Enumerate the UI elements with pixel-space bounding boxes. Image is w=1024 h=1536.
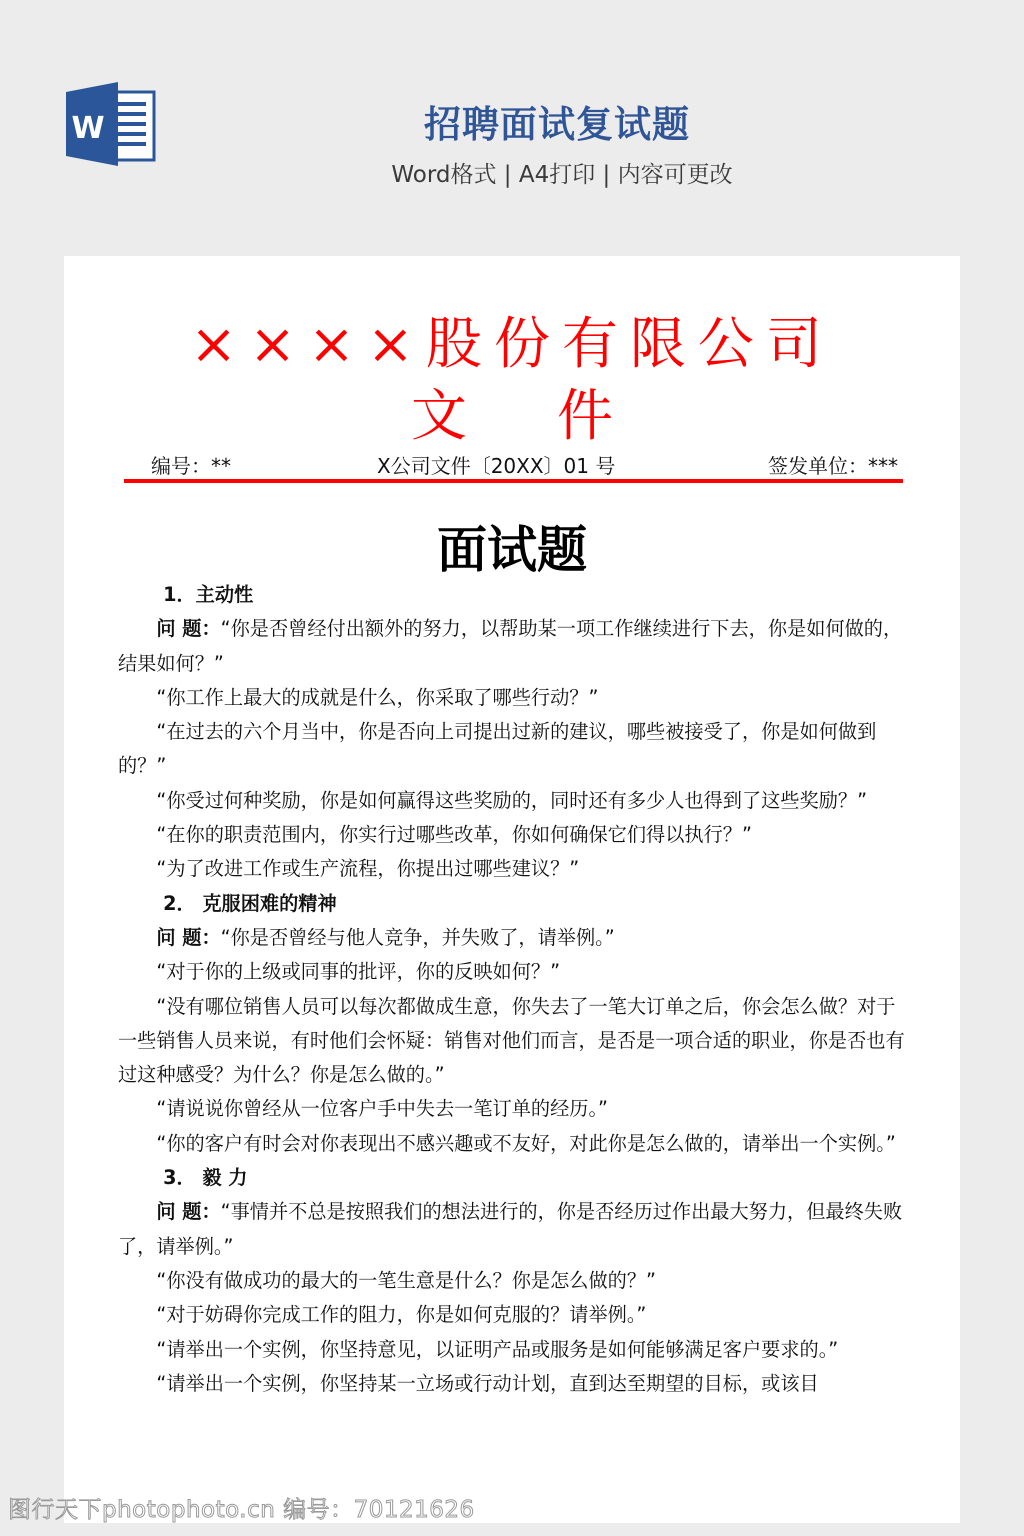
section-heading: 2． 克服困难的精神	[118, 887, 908, 921]
question-text: “你是否曾经与他人竞争，并失败了，请举例。”	[221, 926, 615, 949]
question-paragraph: 问 题：“你是否曾经付出额外的努力，以帮助某一项工作继续进行下去，你是如何做的，…	[118, 612, 908, 681]
red-divider	[124, 479, 903, 483]
question-paragraph: “你受过何种奖励，你是如何赢得这些奖励的，同时还有多少人也得到了这些奖励？”	[118, 784, 908, 818]
question-paragraph: “你工作上最大的成就是什么，你采取了哪些行动？”	[118, 681, 908, 715]
question-paragraph: “在你的职责范围内，你实行过哪些改革，你如何确保它们得以执行？”	[118, 818, 908, 852]
question-paragraph: “对于妨碍你完成工作的阻力，你是如何克服的？请举例。”	[118, 1298, 908, 1332]
company-name-heading: ××××股份有限公司	[64, 312, 960, 378]
document-page: ××××股份有限公司 文件 编号：** X公司文件〔20XX〕01 号 签发单位…	[64, 256, 960, 1523]
question-label: 问 题：	[156, 617, 220, 640]
question-paragraph: “请举出一个实例，你坚持某一立场或行动计划，直到达至期望的目标，或该目	[118, 1367, 908, 1401]
section-heading: 3． 毅 力	[118, 1161, 908, 1195]
issuing-unit: 签发单位：***	[768, 450, 898, 479]
question-paragraph: 问 题：“你是否曾经与他人竞争，并失败了，请举例。”	[118, 921, 908, 955]
watermark: 图行天下photophoto.cn 编号：70121626	[8, 1491, 475, 1524]
question-paragraph: “为了改进工作或生产流程，你提出过哪些建议？”	[118, 852, 908, 886]
question-paragraph: “你的客户有时会对你表现出不感兴趣或不友好，对此你是怎么做的，请举出一个实例。”	[118, 1127, 908, 1161]
question-paragraph: “你没有做成功的最大的一笔生意是什么？你是怎么做的？”	[118, 1264, 908, 1298]
document-number: 编号：**	[151, 450, 231, 479]
document-heading: 面试题	[64, 510, 960, 582]
question-text: “你是否曾经付出额外的努力，以帮助某一项工作继续进行下去，你是如何做的，结果如何…	[118, 617, 902, 674]
question-text: “事情并不总是按照我们的想法进行的，你是否经历过作出最大努力，但最终失败了，请举…	[118, 1200, 902, 1257]
question-paragraph: “没有哪位销售人员可以每次都做成生意，你失去了一笔大订单之后，你会怎么做？对于一…	[118, 990, 908, 1093]
question-label: 问 题：	[156, 1200, 220, 1223]
file-char-2: 件	[557, 384, 613, 449]
section-heading: 1．主动性	[118, 578, 908, 612]
page-subtitle: Word格式 | A4打印 | 内容可更改	[0, 156, 1024, 189]
document-body: 1．主动性问 题：“你是否曾经付出额外的努力，以帮助某一项工作继续进行下去，你是…	[118, 578, 908, 1401]
question-paragraph: “在过去的六个月当中，你是否向上司提出过新的建议，哪些被接受了，你是如何做到的？…	[118, 715, 908, 784]
question-label: 问 题：	[156, 926, 220, 949]
document-meta-row: 编号：** X公司文件〔20XX〕01 号 签发单位：***	[124, 450, 902, 478]
question-paragraph: 问 题：“事情并不总是按照我们的想法进行的，你是否经历过作出最大努力，但最终失败…	[118, 1195, 908, 1264]
file-heading: 文件	[64, 384, 960, 450]
question-paragraph: “请举出一个实例，你坚持意见，以证明产品或服务是如何能够满足客户要求的。”	[118, 1333, 908, 1367]
file-char-1: 文	[411, 384, 467, 449]
question-paragraph: “请说说你曾经从一位客户手中失去一笔订单的经历。”	[118, 1092, 908, 1126]
question-paragraph: “对于你的上级或同事的批评，你的反映如何？”	[118, 955, 908, 989]
file-number: X公司文件〔20XX〕01 号	[377, 450, 615, 479]
page-title: 招聘面试复试题	[0, 94, 1024, 148]
